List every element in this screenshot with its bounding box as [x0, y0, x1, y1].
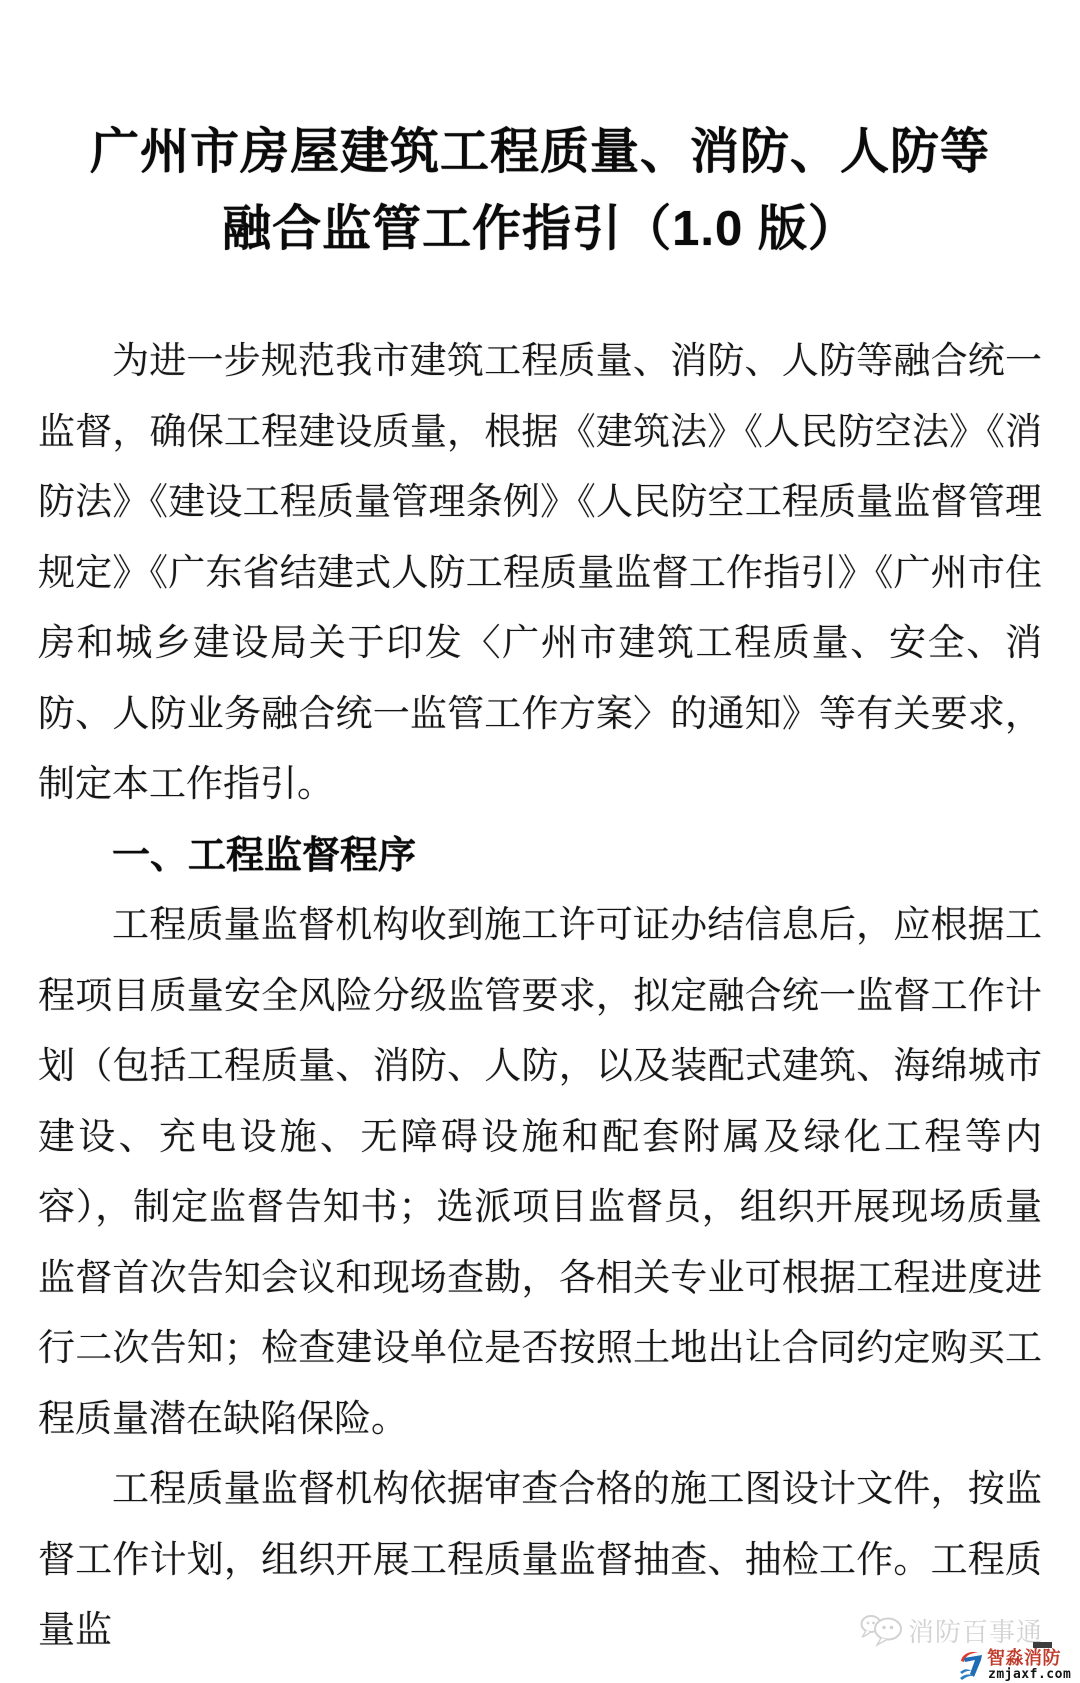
- brand-domain: zmjaxf.com: [988, 1668, 1071, 1682]
- chat-bubbles-icon: [860, 1614, 906, 1655]
- watermark-text: 消防百事通: [908, 1617, 1043, 1647]
- paragraph-intro: 为进一步规范我市建筑工程质量、消防、人防等融合统一监督，确保工程建设质量，根据《…: [38, 327, 1042, 821]
- zhimiao-logo-icon: [959, 1650, 985, 1683]
- paragraph-supervision-procedure: 工程质量监督机构收到施工许可证办结信息后，应根据工程项目质量安全风险分级监管要求…: [38, 891, 1042, 1455]
- document-title-line2: 融合监管工作指引（1.0 版）: [30, 191, 1050, 268]
- section-heading-1: 一、工程监督程序: [38, 821, 1042, 892]
- scanned-document-page: 广州市房屋建筑工程质量、消防、人防等 融合监管工作指引（1.0 版） 为进一步规…: [0, 0, 1080, 1683]
- document-body: 为进一步规范我市建筑工程质量、消防、人防等融合统一监督，确保工程建设质量，根据《…: [38, 327, 1042, 1667]
- document-title-line1: 广州市房屋建筑工程质量、消防、人防等: [30, 114, 1050, 191]
- brand-name: 智淼消防: [987, 1648, 1061, 1668]
- document-title: 广州市房屋建筑工程质量、消防、人防等 融合监管工作指引（1.0 版）: [30, 114, 1050, 268]
